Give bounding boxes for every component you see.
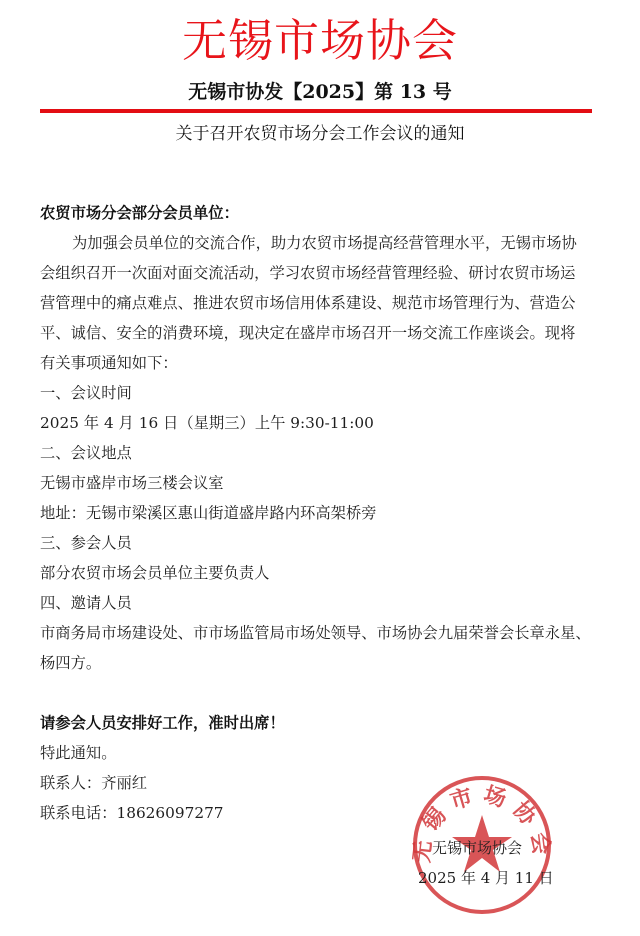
red-divider xyxy=(40,109,592,113)
meeting-address: 地址：无锡市梁溪区惠山街道盛岸路内环高架桥旁 xyxy=(40,503,377,523)
salutation: 农贸市场分会部分会员单位： xyxy=(40,203,239,223)
signature-date: 2025 年 4 月 11 日 xyxy=(418,868,554,888)
invitees: 杨四方。 xyxy=(40,653,101,673)
section-heading: 二、会议地点 xyxy=(40,443,132,463)
intro-line: 营管理中的痛点难点、推进农贸市场信用体系建设、规范市场管理行为、营造公 xyxy=(40,293,575,313)
signature-org: 无锡市场协会 xyxy=(432,838,522,858)
attendees: 部分农贸市场会员单位主要负责人 xyxy=(40,563,269,583)
notice-title: 关于召开农贸市场分会工作会议的通知 xyxy=(0,122,640,146)
contact-phone: 联系电话：18626097277 xyxy=(40,803,224,823)
reminder: 请参会人员安排好工作，准时出席！ xyxy=(40,713,285,733)
intro-line: 会组织召开一次面对面交流活动，学习农贸市场经营管理经验、研讨农贸市场运 xyxy=(40,263,575,283)
meeting-time: 2025 年 4 月 16 日（星期三）上午 9:30-11:00 xyxy=(40,413,374,433)
invitees: 市商务局市场建设处、市市场监管局市场处领导、市场协会九届荣誉会长章永星、 xyxy=(40,623,591,643)
document-number: 无锡市协发【2025】第 13 号 xyxy=(0,80,640,104)
intro-line: 为加强会员单位的交流合作，助力农贸市场提高经营管理水平，无锡市场协 xyxy=(72,233,577,253)
section-heading: 三、参会人员 xyxy=(40,533,132,553)
section-heading: 一、会议时间 xyxy=(40,383,132,403)
intro-line: 有关事项通知如下： xyxy=(40,353,178,373)
section-heading: 四、邀请人员 xyxy=(40,593,132,613)
closing: 特此通知。 xyxy=(40,743,117,763)
intro-line: 平、诚信、安全的消费环境，现决定在盛岸市场召开一场交流工作座谈会。现将 xyxy=(40,323,575,343)
org-title: 无锡市场协会 xyxy=(0,14,640,68)
contact-person: 联系人：齐丽红 xyxy=(40,773,147,793)
meeting-venue: 无锡市盛岸市场三楼会议室 xyxy=(40,473,224,493)
